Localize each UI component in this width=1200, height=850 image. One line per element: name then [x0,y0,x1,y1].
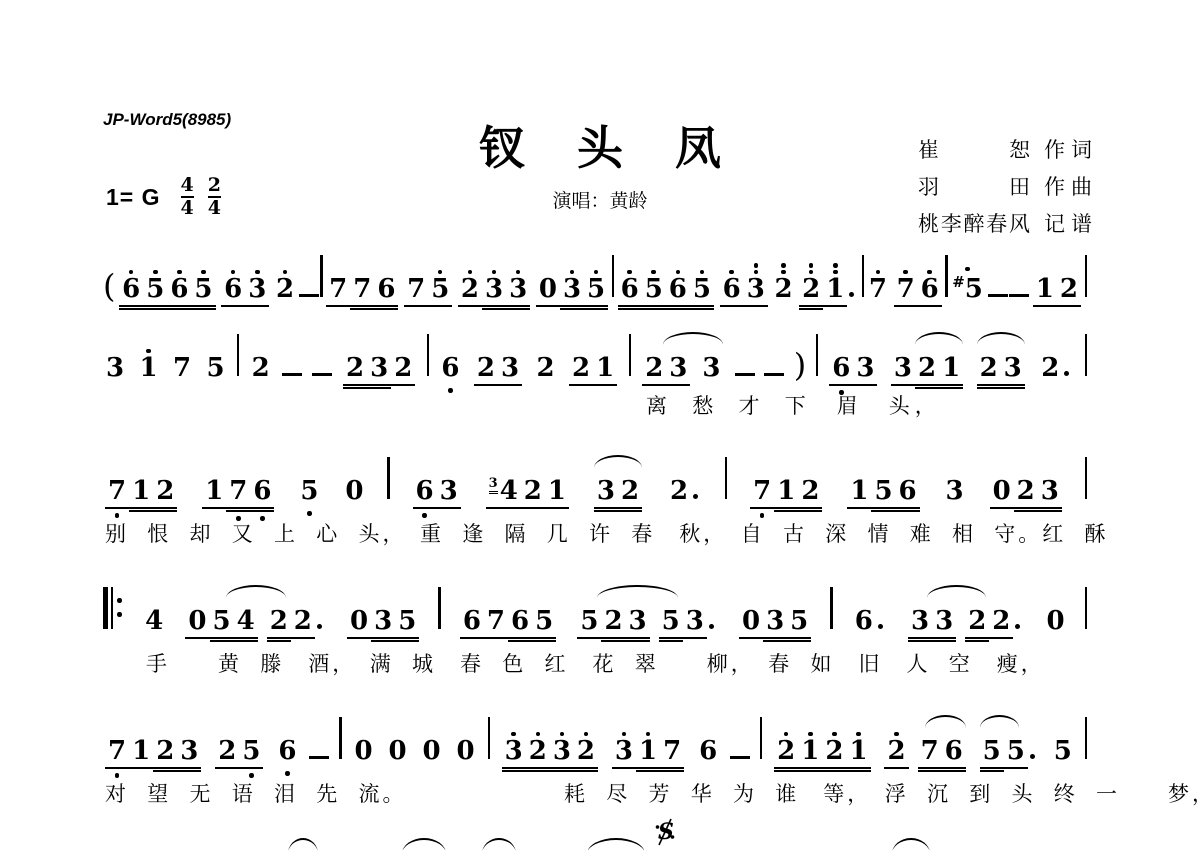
note-digit: 2 [968,608,986,634]
note-digit: 6 [278,738,296,764]
note: 5 [239,737,263,769]
credit-role: 作曲 [1044,171,1098,201]
note-group: 233 [642,354,723,386]
tie-arc [915,332,963,345]
note-digit: 4 [145,608,163,634]
note-digit: 3 [370,355,388,381]
octave-dots-above [720,270,744,275]
note-group: 2 [1038,354,1073,384]
note: 2 [249,354,273,384]
octave-dots-above [690,270,714,275]
note-digit: 1 [639,738,657,764]
note-digit: 2 [887,738,905,764]
spacer [650,628,659,629]
note-digit: 7 [869,276,887,302]
note: 3 [853,354,877,386]
note-digit: 2 [670,478,688,504]
note-digit: 1 [205,478,223,504]
note-digit: 3 [106,355,124,381]
note-digit: 3 [485,276,503,302]
note: 6 [250,477,274,509]
note: 2 [273,275,297,305]
note-digit: 3 [856,355,874,381]
dash-note [764,373,784,377]
note-group: 035 [739,607,811,639]
octave-dots-above [771,263,795,274]
note: 3 [506,275,530,307]
note-digit: 0 [1047,608,1065,634]
note-group: 52353 [577,607,717,639]
note: 1 [129,737,153,769]
note-digit: 3 [180,738,198,764]
note: 2 [215,737,239,769]
tie-arc [594,455,642,468]
bracket: ) [794,349,806,381]
note: 2 [391,354,415,386]
credit-name: 羽田 [918,171,1030,201]
note-digit: 7 [108,478,126,504]
tie-arc [925,715,966,728]
lyrics-line-3: 别 恨 却 又 上 心 头， 重 逢 隔 几 许 春 秋， 自 古 深 情 难 … [105,518,1109,548]
note-digit: #5 [952,273,983,302]
barline [438,587,440,629]
dash-note [299,294,319,298]
key-label: 1= G [106,184,161,211]
note: 5 [980,737,1004,769]
note-digit: 2 [801,478,819,504]
octave-dots-above [822,732,846,737]
note: 7 [404,275,428,307]
note-group: 035 [347,607,419,639]
octave-dots-above [744,263,768,274]
note-digit: 3 [747,276,765,302]
lyrics-line-5: 对 望 无 语 泪 先 流。 耗 尽 芳 华 为 谁 等， 浮 沉 到 头 终 … [105,778,1200,808]
note: 6 [618,275,642,307]
note: 5 [1051,737,1075,767]
barline [816,334,818,376]
spacer [956,628,965,629]
octave-dot-below [297,511,321,516]
octave-dots-above [191,270,215,275]
note: 3 [943,477,967,507]
note: 1 [847,477,871,509]
octave-dots-above [774,732,798,737]
note: 0 [419,737,443,767]
note-group: 05422 [185,607,325,639]
music-line-2: 31752232623221233)63321232 [103,334,1087,386]
note-group: 776 [326,275,398,307]
barline [237,334,239,376]
note-digit: 1 [942,355,960,381]
note-group: 32 [594,477,642,509]
note: 6 [374,275,398,307]
note-digit: 7 [353,276,371,302]
octave-dots-above [137,349,161,354]
note-digit: 2 [1017,478,1035,504]
note-group: 156 [847,477,919,509]
note-digit: 2 [270,608,288,634]
octave-dots-above [221,270,245,275]
barline [1085,334,1087,376]
tie-arc-partial [587,838,645,850]
note: 2 [642,354,666,386]
lyrics-line-2: 离 愁 才 下 眉 头， [646,390,941,420]
note-group: 23 [977,354,1025,386]
note-digit: 3 [1041,478,1059,504]
repeat-start-sign [103,587,125,629]
note: 1 [939,354,963,386]
note-digit: 0 [742,608,760,634]
note: 6 [918,275,942,307]
note-digit: 1 [140,355,158,381]
note-digit: 6 [377,276,395,302]
note: 7 [866,275,890,305]
note-digit: 3 [766,608,784,634]
credit-role: 作词 [1044,134,1098,164]
note-digit: 5 [1054,738,1072,764]
credits: 崔恕作词羽田作曲桃李醉春风记谱 [918,134,1092,238]
barline [862,255,864,297]
credit-row: 崔恕作词 [918,134,1092,164]
note: 4 [142,607,166,637]
tie-arc [226,585,286,598]
sheet-music-page: JP-Word5(8985) 钗 头 凤 演唱：黄龄 1= G 4 4 2 4 … [0,0,1200,850]
note-digit: 5 [874,478,892,504]
note: 0 [347,607,371,639]
barline [320,255,322,297]
note-group: 176 [202,477,274,509]
note: 7 [326,275,350,307]
credit-role: 记谱 [1044,208,1098,238]
note-digit: 0 [539,276,557,302]
note-digit: 7 [753,478,771,504]
note: 1 [798,737,822,769]
note: 6 [696,737,720,767]
note: 3 [594,477,618,509]
octave-dots-above [866,270,890,275]
note: 0 [342,477,366,507]
barline [629,334,631,376]
note: 2 [601,607,625,639]
octave-dots-above [846,732,870,737]
note-digit: 5 [242,738,260,764]
note-group: 21 [799,275,858,307]
octave-dots-above [550,732,574,737]
note: 1 [593,354,617,386]
note-digit: 2 [252,355,270,381]
note-digit: 6 [463,608,481,634]
note-digit: 3 [702,355,720,381]
note: 0 [454,737,478,767]
note-group: 233 [458,275,530,307]
note: 5 [1004,737,1028,769]
note: 0 [536,275,560,307]
note: 6 [221,275,245,307]
note: 7 [918,737,942,769]
note: 7 [484,607,508,639]
note-digit: 3 [615,738,633,764]
note-digit: 2 [536,355,554,381]
note-group: 232 [343,354,415,386]
note-digit: 2 [346,355,364,381]
note: 5 [395,607,419,639]
note: 2 [343,354,367,386]
note-group: 3322 [908,607,1024,639]
note-group: 276 [884,737,965,769]
octave-dots-above [918,270,942,275]
barline [725,457,727,499]
note: 1 [636,737,660,769]
note-group: 63 [413,477,461,509]
octave-dots-above [612,732,636,737]
note-digit: 2 [992,608,1010,634]
tie-arc-partial [402,838,446,850]
octave-dots-above [642,270,666,275]
note-digit: 7 [108,738,126,764]
note-digit: 5 [662,608,680,634]
note-digit: 2 [621,478,639,504]
octave-dots-above [884,732,908,737]
note-digit: 0 [345,478,363,504]
note: 5 [210,607,234,639]
note-digit: 6 [723,276,741,302]
note-digit: 0 [422,738,440,764]
barline [760,717,762,759]
note-digit: 3 [946,478,964,504]
note-group: 63 [221,275,269,307]
note-digit: 5 [1007,738,1025,764]
note: 6 [167,275,191,307]
note: 5 [532,607,556,639]
spacer [909,758,918,759]
note: 1 [823,275,847,307]
note: 2 [774,737,798,769]
note: 2 [521,477,545,509]
note: 7 [660,737,684,769]
note-digit: 1 [132,738,150,764]
note-digit: 2 [777,738,795,764]
note-digit: 5 [580,608,598,634]
note-group: 321 [891,354,963,386]
note: 3 [744,275,768,307]
note-digit: 3 [374,608,392,634]
note-digit: 5 [587,276,605,302]
note-digit: 5 [146,276,164,302]
note: 2 [574,737,598,769]
octave-dots-above [526,732,550,737]
note: 3 [177,737,201,769]
octave-dots-above [273,270,297,275]
dash-note [282,373,302,377]
note-digit: 7 [407,276,425,302]
octave-dot-below [105,773,129,778]
note: 3 [482,275,506,307]
note-digit: 6 [699,738,717,764]
note-digit: 3 [501,355,519,381]
note: 3 [560,275,584,307]
octave-dots-above [143,270,167,275]
note: 2 [1014,477,1038,509]
note-digit: 1 [801,738,819,764]
note: 6 [666,275,690,307]
octave-dots-above [428,270,452,275]
note: 1 [129,477,153,509]
note: 6 [720,275,744,307]
note: 2 [915,354,939,386]
note: 5 [297,477,321,507]
note: 0 [739,607,763,639]
note: 2 [458,275,482,307]
octave-dots-above [167,270,191,275]
note-digit: 7 [663,738,681,764]
octave-dots-above [584,270,608,275]
note-digit: 3 [894,355,912,381]
octave-dots-above [666,270,690,275]
note: 3 [498,354,522,386]
note-digit: 2 [645,355,663,381]
note-group: 712 [750,477,822,509]
note: 7 [226,477,250,509]
note: 5 [584,275,608,307]
note-digit: 0 [350,608,368,634]
octave-dot-below [275,771,299,776]
note-group: 12 [1033,275,1081,307]
note: 7 [105,737,129,769]
note: 2 [291,607,315,639]
note-group: 21 [569,354,617,386]
note: 3 [103,354,127,384]
note-digit: 5 [645,276,663,302]
note: 2 [1057,275,1081,307]
octave-dots-above [949,267,986,272]
note: #5 [949,272,986,305]
dash-note [309,756,329,760]
note: 5 [204,354,228,384]
octave-dots-above [119,270,143,275]
note: 2 [153,477,177,509]
note-group: 2121 [774,737,870,769]
note-digit: 6 [945,738,963,764]
music-line-3: 712176506334213227121563023 [103,457,1087,509]
octave-dots-above [636,732,660,737]
note-digit: 0 [354,738,372,764]
note-digit: 3 [553,738,571,764]
note-digit: 3 [911,608,929,634]
tie-arc [663,332,724,345]
octave-dot-below [750,513,774,518]
note-digit: 6 [921,276,939,302]
note-digit: 6 [224,276,242,302]
barline [612,255,614,297]
note: 5 [787,607,811,639]
credit-row: 羽田作曲 [918,171,1092,201]
note: 2 [1038,354,1062,384]
note: 3 [683,607,707,639]
note-digit: 2 [1041,355,1059,381]
note: 6 [413,477,437,509]
credit-name: 崔恕 [918,134,1030,164]
note: 5 [577,607,601,639]
note: 2 [965,607,989,639]
barline [1085,255,1087,297]
note-digit: 5 [300,478,318,504]
dash-note [312,373,332,377]
note: 3 [763,607,787,639]
note: 2 [667,477,691,507]
note: 5 [642,275,666,307]
note: 6 [852,607,876,637]
note-group: 63 [829,354,877,386]
note: 7 [750,477,774,509]
note: 0 [990,477,1014,509]
octave-dots-above [506,270,530,275]
note-digit: 2 [529,738,547,764]
note: 5 [690,275,714,307]
note-digit: 6 [416,478,434,504]
augmentation-dot [1015,624,1020,629]
note-group: 035 [536,275,608,307]
note-digit: 2 [577,738,595,764]
augmentation-dot [693,494,698,499]
note-digit: 3 [563,276,581,302]
note-digit: 3 [505,738,523,764]
note-digit: 1 [596,355,614,381]
note-digit: 6 [253,478,271,504]
note: 2 [569,354,593,386]
barline [1085,717,1087,759]
note: 2 [798,477,822,509]
note: 5 [143,275,167,307]
note: 0 [185,607,209,639]
dash-note [735,373,755,377]
tie-arc [977,332,1025,345]
note-digit: 34 [489,476,518,504]
octave-dots-above [502,732,526,737]
barline [830,587,832,629]
note-group: 712 [105,477,177,509]
note: 6 [896,477,920,509]
note: 7 [894,275,918,307]
note: 2 [989,607,1013,639]
note: 2 [822,737,846,769]
bracket: ( [103,270,115,302]
note-digit: 3 [935,608,953,634]
note: 6 [829,354,853,386]
note-digit: 2 [572,355,590,381]
note: 7 [105,477,129,509]
augmentation-dot [317,624,322,629]
note-digit: 2 [294,608,312,634]
note: 2 [771,275,795,305]
note-digit: 7 [329,276,347,302]
note-digit: 1 [850,478,868,504]
note-digit: 6 [511,608,529,634]
augmentation-dot [849,292,854,297]
note-digit: 5 [983,738,1001,764]
note-digit: 6 [170,276,188,302]
note: 1 [774,477,798,509]
octave-dots-above [894,270,918,275]
barline [387,457,389,499]
note: 3 [932,607,956,639]
note-digit: 0 [993,478,1011,504]
note-digit: 2 [524,478,542,504]
note: 2 [153,737,177,769]
tie-arc-partial [482,838,516,850]
note-digit: 1 [777,478,795,504]
note-digit: 3 [669,355,687,381]
octave-dots-above [482,270,506,275]
